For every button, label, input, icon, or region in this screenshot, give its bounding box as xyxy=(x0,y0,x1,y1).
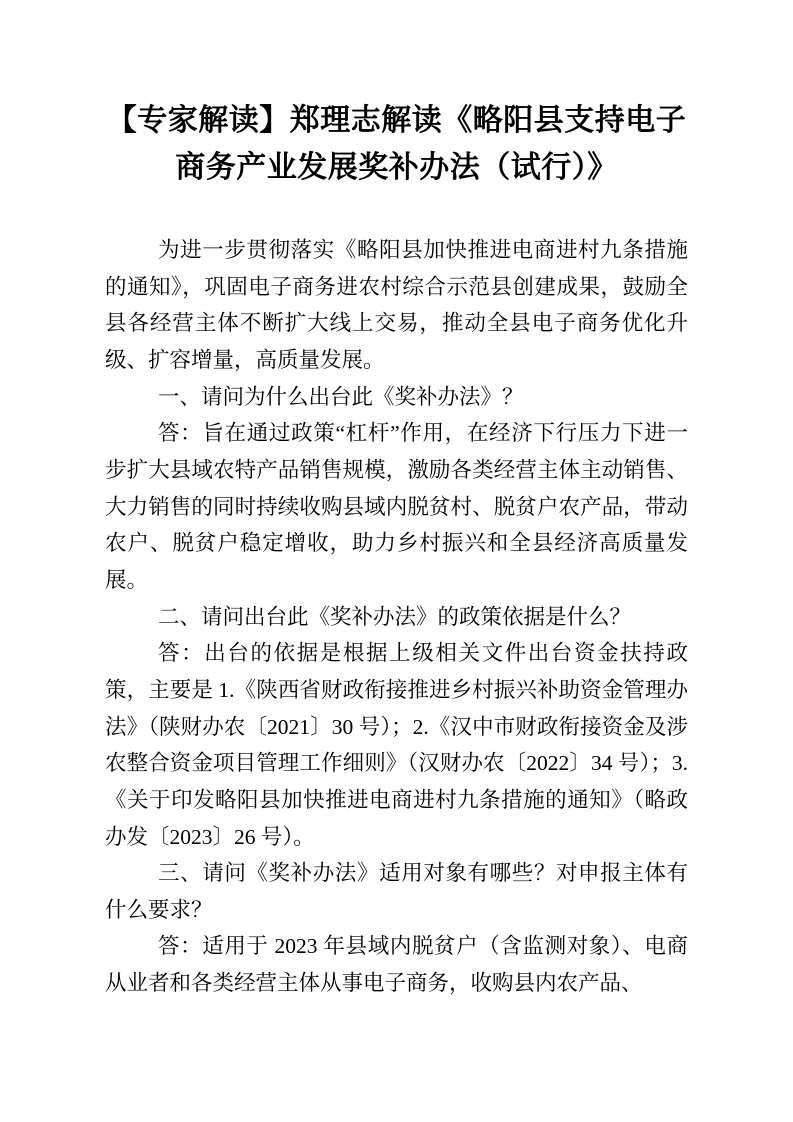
answer-one: 答：旨在通过政策“杠杆”作用，在经济下行压力下进一步扩大县域农特产品销售规模，激… xyxy=(105,415,688,598)
answer-three: 答：适用于 2023 年县域内脱贫户（含监测对象）、电商从业者和各类经营主体从事… xyxy=(105,928,688,1001)
paragraph-intro: 为进一步贯彻落实《略阳县加快推进电商进村九条措施的通知》，巩固电子商务进农村综合… xyxy=(105,232,688,379)
question-three: 三、请问《奖补办法》适用对象有哪些？对申报主体有什么要求？ xyxy=(105,855,688,928)
question-two: 二、请问出台此《奖补办法》的政策依据是什么？ xyxy=(105,599,688,636)
document-page: 【专家解读】郑理志解读《略阳县支持电子商务产业发展奖补办法（试行）》 为进一步贯… xyxy=(0,0,793,1122)
article-body: 为进一步贯彻落实《略阳县加快推进电商进村九条措施的通知》，巩固电子商务进农村综合… xyxy=(105,232,688,1002)
answer-two: 答：出台的依据是根据上级相关文件出台资金扶持政策，主要是 1.《陕西省财政衔接推… xyxy=(105,635,688,855)
article-title: 【专家解读】郑理志解读《略阳县支持电子商务产业发展奖补办法（试行）》 xyxy=(105,97,688,191)
question-one: 一、请问为什么出台此《奖补办法》？ xyxy=(105,379,688,416)
